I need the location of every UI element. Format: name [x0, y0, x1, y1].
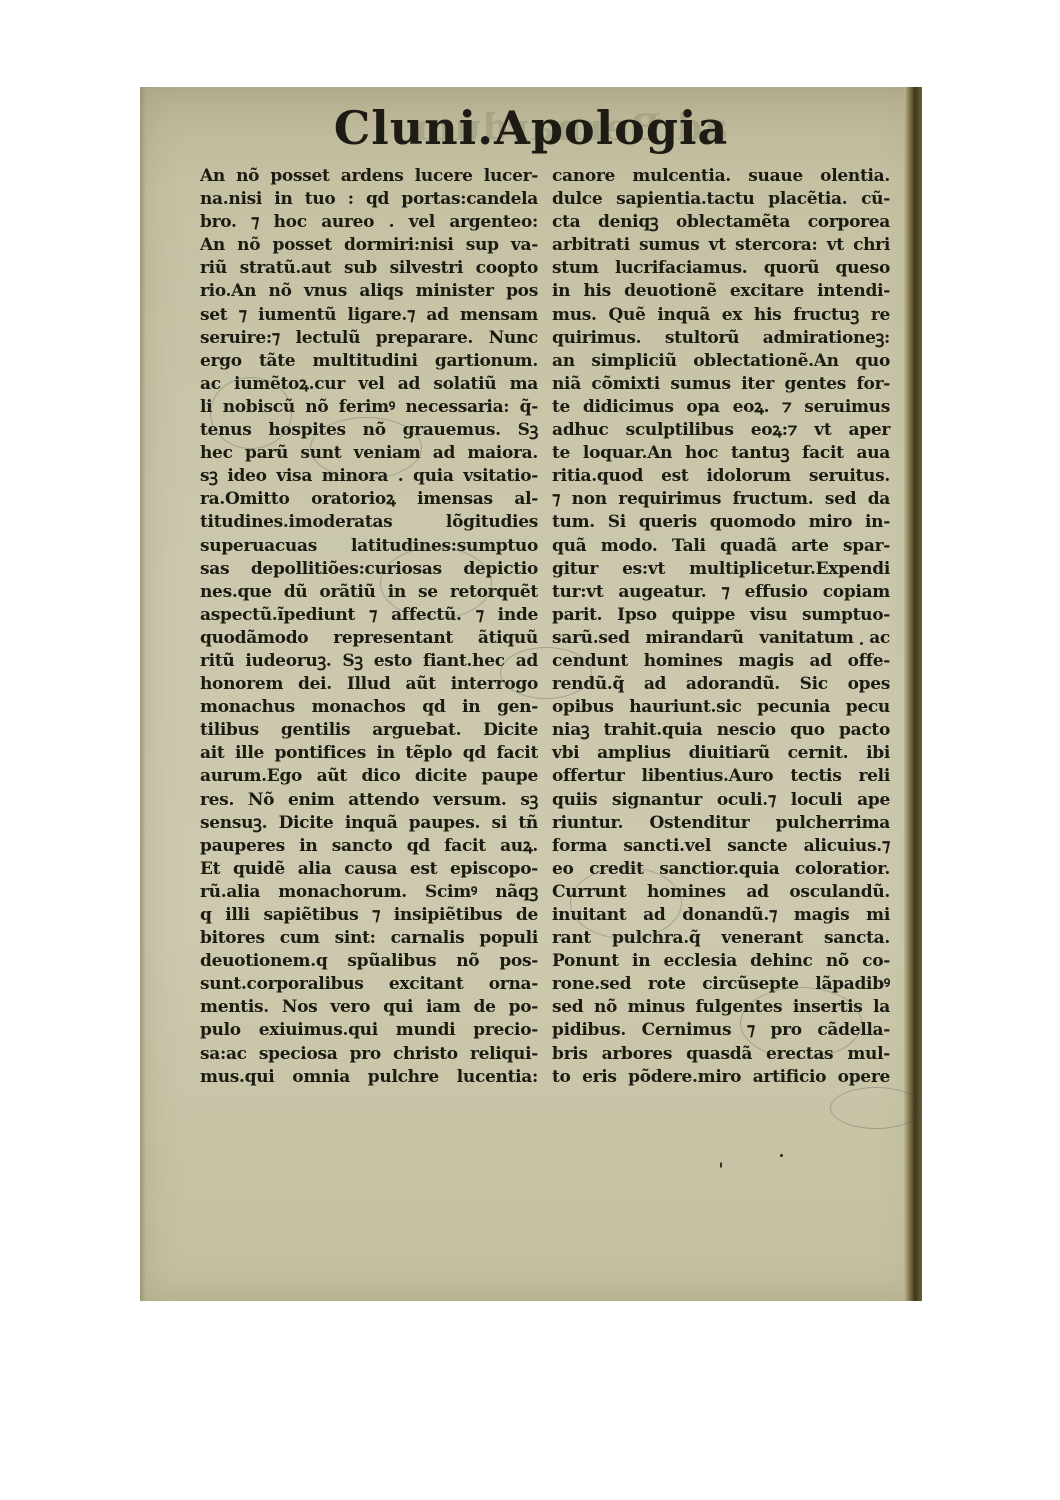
text-line: An nõ posset ardens lucere lucer-	[200, 165, 538, 188]
text-line: bitores cum sint: carnalis populi	[200, 927, 538, 950]
text-line: An nõ posset dormiri:nisi sup va-	[200, 234, 538, 257]
text-line: ritũ iudeoruꝫ. Sꝫ esto fiant.hec ad	[200, 650, 538, 673]
text-line: ⁊ non requirimus fructum. sed da	[552, 488, 890, 511]
text-line: ait ille pontifices in tẽplo qd facit	[200, 742, 538, 765]
text-line: titudines.imoderatas lõgitudies	[200, 511, 538, 534]
watermark-stamp	[310, 417, 422, 479]
text-line: adhuc sculptilibus eoꝝ:⁊ vt aper	[552, 419, 890, 442]
watermark-stamp	[830, 1087, 922, 1129]
text-line: monachus monachos qd in gen-	[200, 696, 538, 719]
text-line: rendũ.q̃ ad adorandũ. Sic opes	[552, 673, 890, 696]
right-column: canore mulcentia. suaue olentia.dulce sa…	[552, 165, 890, 1089]
text-line: stum lucrifaciamus. quorũ queso	[552, 257, 890, 280]
text-line: niã cõmixti sumus iter gentes for-	[552, 373, 890, 396]
text-line: tur:vt augeatur. ⁊ effusio copiam	[552, 581, 890, 604]
text-line: Et quidẽ alia causa est episcopo-	[200, 858, 538, 881]
text-line: aspectũ.ĩpediunt ⁊ affectũ. ⁊ inde	[200, 604, 538, 627]
text-line: to eris põdere.miro artificio opere	[552, 1066, 890, 1089]
text-line: sarũ.sed mirandarũ vanitatum ac	[552, 627, 890, 650]
text-line: superuacuas latitudines:sumptuo	[200, 535, 538, 558]
text-line: canore mulcentia. suaue olentia.	[552, 165, 890, 188]
text-line: mus. Quẽ inquã ex his fructuꝫ re	[552, 304, 890, 327]
text-line: sunt.corporalibus excitant orna-	[200, 973, 538, 996]
text-line: deuotionem.q spũalibus nõ pos-	[200, 950, 538, 973]
text-line: quã modo. Tali quadã arte spar-	[552, 535, 890, 558]
text-line: tum. Si queris quomodo miro in-	[552, 511, 890, 534]
text-line: riuntur. Ostenditur pulcherrima	[552, 812, 890, 835]
text-line: dulce sapientia.tactu placẽtia. cũ-	[552, 188, 890, 211]
text-line: pauperes in sancto qd facit auꝝ.	[200, 835, 538, 858]
text-line: te loquar.An hoc tantuꝫ facit aua	[552, 442, 890, 465]
text-line: seruire:⁊ lectulũ preparare. Nunc	[200, 327, 538, 350]
watermark-stamp	[570, 867, 682, 939]
text-line: rũ.alia monachorum. Scimꝰ nãqꝫ	[200, 881, 538, 904]
text-line: set ⁊ iumentũ ligare.⁊ ad mensam	[200, 304, 538, 327]
text-line: sa:ac speciosa pro christo reliqui-	[200, 1043, 538, 1066]
watermark-stamp	[740, 987, 862, 1059]
text-line: riũ stratũ.aut sub silvestri coopto	[200, 257, 538, 280]
ink-speck	[860, 642, 863, 645]
watermark-stamp	[500, 647, 592, 699]
text-line: an simpliciũ oblectationẽ.An quo	[552, 350, 890, 373]
watermark-stamp	[210, 377, 292, 449]
ink-speck	[780, 1154, 783, 1157]
left-column: An nõ posset ardens lucere lucer-na.nisi…	[200, 165, 538, 1089]
text-line: tilibus gentilis arguebat. Dicite	[200, 719, 538, 742]
text-columns: An nõ posset ardens lucere lucer-na.nisi…	[200, 165, 890, 1089]
text-line: offertur libentius.Auro tectis reli	[552, 765, 890, 788]
text-line: quiis signantur oculi.⁊ loculi ape	[552, 789, 890, 812]
text-line: cendunt homines magis ad offe-	[552, 650, 890, 673]
text-line: Ponunt in ecclesia dehinc nõ co-	[552, 950, 890, 973]
text-line: cta deniqꝫ oblectamẽta corporea	[552, 211, 890, 234]
ink-speck	[720, 1162, 722, 1168]
text-line: bro. ⁊ hoc aureo . vel argenteo:	[200, 211, 538, 234]
running-head: Cluni.Apologia	[140, 101, 922, 155]
text-line: in his deuotionẽ excitare intendi-	[552, 280, 890, 303]
text-line: parit. Ipso quippe visu sumptuo-	[552, 604, 890, 627]
text-line: rone.sed rote circũsepte lãpadibꝰ	[552, 973, 890, 996]
text-line: honorem dei. Illud aũt interrogo	[200, 673, 538, 696]
page-left-edge	[140, 87, 146, 1301]
text-line: quodãmodo representant ãtiquũ	[200, 627, 538, 650]
text-line: rio.An nõ vnus aliqs minister pos	[200, 280, 538, 303]
text-line: mus.qui omnia pulchre lucentia:	[200, 1066, 538, 1089]
text-line: ra.Omitto oratorioꝝ imensas al-	[200, 488, 538, 511]
text-line: gitur es:vt multiplicetur.Expendi	[552, 558, 890, 581]
text-line: vbi amplius diuitiarũ cernit. ibi	[552, 742, 890, 765]
text-line: ritia.quod est idolorum seruitus.	[552, 465, 890, 488]
text-line: sensuꝫ. Dicite inquã paupes. si tñ	[200, 812, 538, 835]
page-scan: ad Bernardum Cluni.Apologia An nõ posset…	[140, 87, 922, 1301]
watermark-stamp	[380, 547, 492, 619]
text-line: quirimus. stultorũ admirationeꝫ:	[552, 327, 890, 350]
text-line: mentis. Nos vero qui iam de po-	[200, 996, 538, 1019]
text-line: aurum.Ego aũt dico dicite paupe	[200, 765, 538, 788]
text-line: ergo tãte multitudini gartionum.	[200, 350, 538, 373]
text-line: te didicimus opa eoꝝ. ⁊ seruimus	[552, 396, 890, 419]
text-line: pulo exiuimus.qui mundi precio-	[200, 1019, 538, 1042]
text-line: arbitrati sumus vt stercora: vt chri	[552, 234, 890, 257]
text-line: q illi sapiẽtibus ⁊ insipiẽtibus de	[200, 904, 538, 927]
text-line: opibus hauriunt.sic pecunia pecu	[552, 696, 890, 719]
text-line: na.nisi in tuo : qd portas:candela	[200, 188, 538, 211]
text-line: res. Nõ enim attendo versum. sꝫ	[200, 789, 538, 812]
text-line: niaꝫ trahit.quia nescio quo pacto	[552, 719, 890, 742]
text-line: forma sancti.vel sancte alicuius.⁊	[552, 835, 890, 858]
